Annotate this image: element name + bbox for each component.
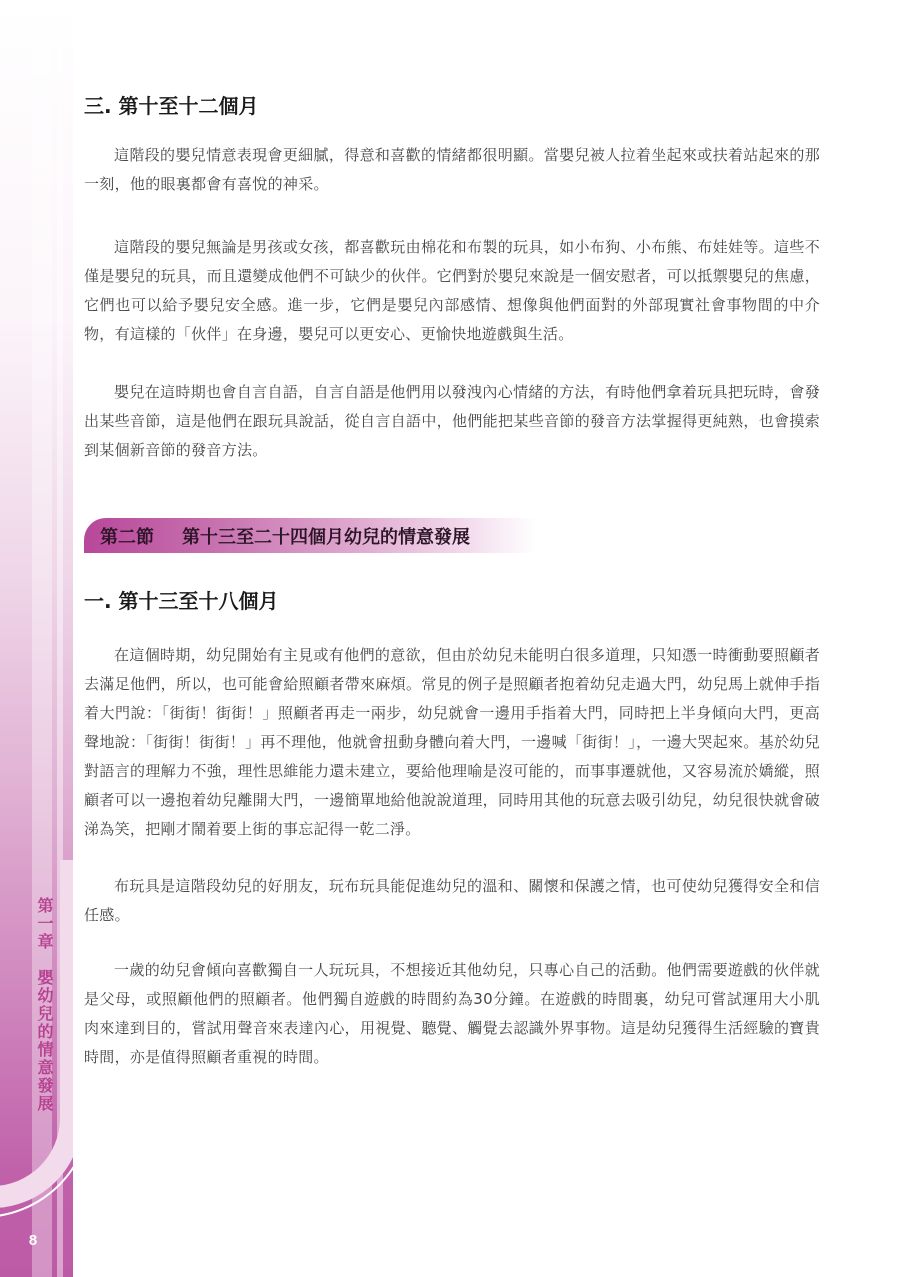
paragraph: 這階段的嬰兒無論是男孩或女孩，都喜歡玩由棉花和布製的玩具，如小布狗、小布熊、布娃… — [84, 233, 820, 349]
subsection-heading-13-18-months: 一. 第十三至十八個月 — [84, 585, 279, 614]
chapter-sidebar: 第一章 嬰幼兒的情意發展 8 — [0, 0, 73, 1277]
section-banner: 第二節 第十三至二十四個月幼兒的情意發展 — [84, 518, 536, 553]
section-number: 第二節 — [100, 523, 154, 549]
paragraph: 嬰兒在這時期也會自言自語，自言自語是他們用以發洩內心情緒的方法，有時他們拿着玩具… — [84, 378, 820, 465]
paragraph: 這階段的嬰兒情意表現會更細膩，得意和喜歡的情緒都很明顯。當嬰兒被人拉着坐起來或扶… — [84, 141, 820, 199]
page-number: 8 — [0, 1232, 66, 1249]
paragraph: 在這個時期，幼兒開始有主見或有他們的意欲，但由於幼兒未能明白很多道理，只知憑一時… — [84, 641, 820, 844]
chapter-label: 第一章 嬰幼兒的情意發展 — [34, 897, 54, 1113]
subsection-heading-10-12-months: 三. 第十至十二個月 — [84, 90, 259, 119]
paragraph: 一歲的幼兒會傾向喜歡獨自一人玩玩具，不想接近其他幼兒，只專心自己的活動。他們需要… — [84, 956, 820, 1072]
section-title: 第十三至二十四個月幼兒的情意發展 — [182, 523, 470, 549]
paragraph: 布玩具是這階段幼兒的好朋友，玩布玩具能促進幼兒的溫和、關懷和保護之情，也可使幼兒… — [84, 872, 820, 930]
